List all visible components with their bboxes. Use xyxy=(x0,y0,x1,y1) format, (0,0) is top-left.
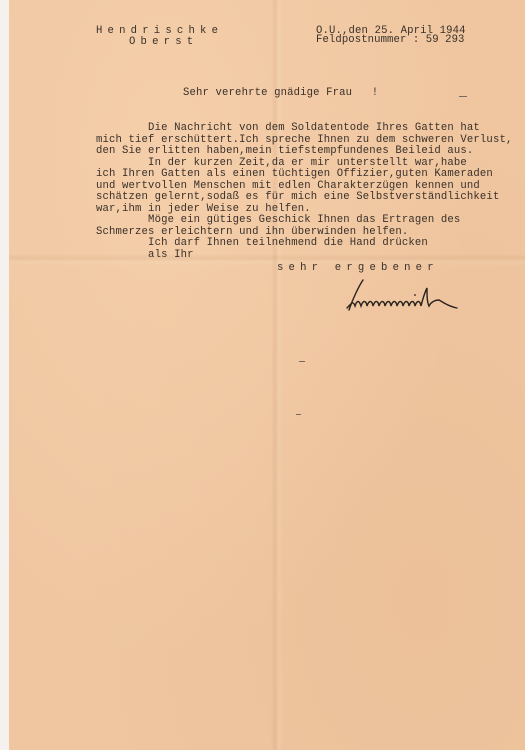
signature-icon xyxy=(339,278,499,314)
body-line: In der kurzen Zeit,da er mir unterstellt… xyxy=(96,157,467,169)
closing: sehr ergebener xyxy=(277,262,439,274)
body-line: als Ihr xyxy=(96,249,194,261)
body-line: mich tief erschüttert.Ich spreche Ihnen … xyxy=(96,134,512,146)
sender-rank: Oberst xyxy=(129,36,198,48)
body-line: Ich darf Ihnen teilnehmend die Hand drüc… xyxy=(96,237,428,249)
body-line: Schmerzes erleichtern und ihn überwinden… xyxy=(96,226,408,238)
paper-mark xyxy=(296,414,301,415)
paper-mark xyxy=(299,361,305,362)
salutation: Sehr verehrte gnädige Frau ! xyxy=(183,87,378,99)
body-line: schätzen gelernt,sodaß es für mich eine … xyxy=(96,191,499,203)
paper-mark xyxy=(459,96,467,97)
body-line: und wertvollen Menschen mit edlen Charak… xyxy=(96,180,480,192)
body-line: ich Ihren Gatten als einen tüchtigen Off… xyxy=(96,168,493,180)
body-line: den Sie erlitten haben,mein tiefstempfun… xyxy=(96,145,473,157)
letter-paper: Hendrischke Oberst O.U.,den 25. April 19… xyxy=(9,0,525,750)
body-line: Die Nachricht von dem Soldatentode Ihres… xyxy=(96,122,480,134)
body-line: war,ihm in jeder Weise zu helfen. xyxy=(96,203,311,215)
body-line: Möge ein gütiges Geschick Ihnen das Ertr… xyxy=(96,214,460,226)
feldpost-number: Feldpostnummer : 59 293 xyxy=(316,34,465,46)
